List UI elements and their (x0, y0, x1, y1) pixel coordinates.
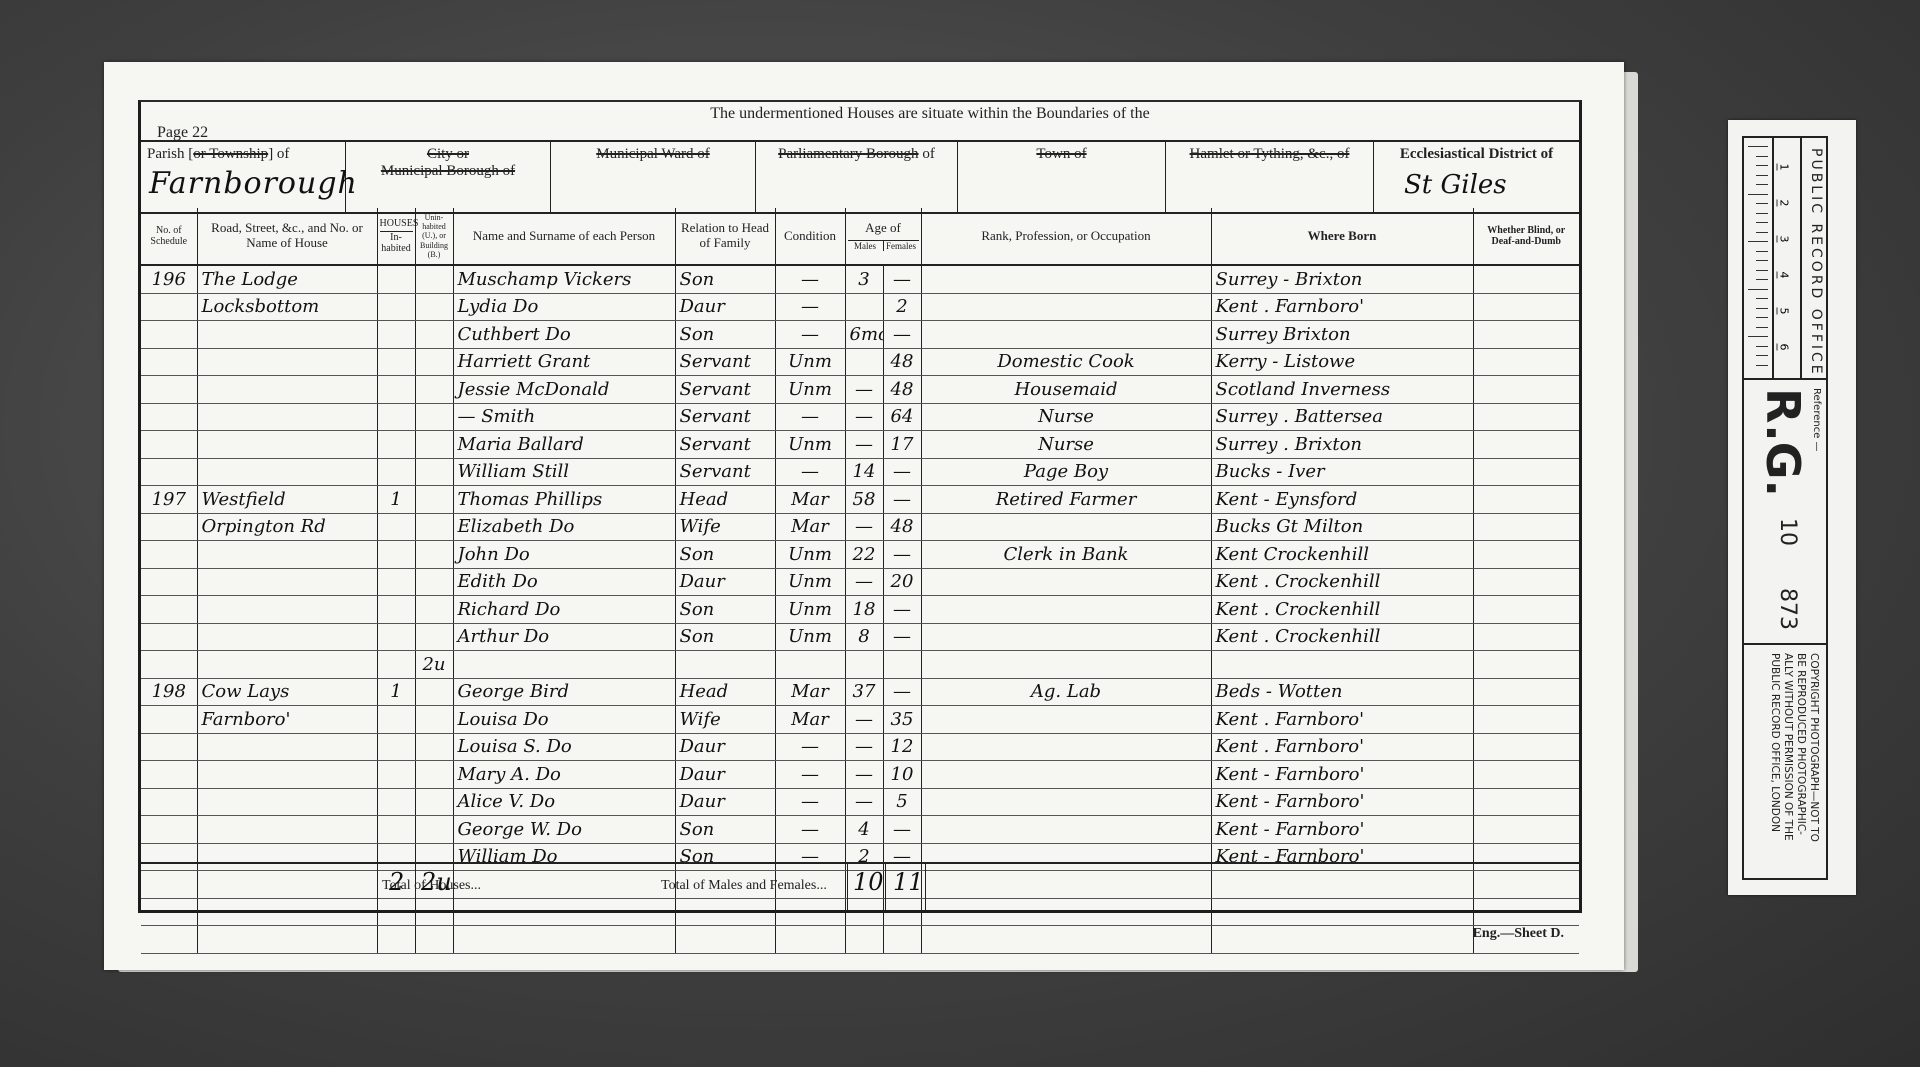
condition-cell (775, 926, 845, 954)
occupation-cell: Page Boy (921, 458, 1211, 486)
uninhabited-cell (415, 678, 453, 706)
female-age-cell: — (883, 458, 921, 486)
road-cell (197, 733, 377, 761)
female-age-cell: 5 (883, 788, 921, 816)
occupation-cell (921, 733, 1211, 761)
name-cell: Arthur Do (453, 623, 675, 651)
condition-cell: Mar (775, 513, 845, 541)
ruler-tick (1756, 346, 1768, 347)
female-age-cell (883, 926, 921, 954)
birthplace-cell: Kent - Farnboro' (1211, 761, 1473, 789)
relation-cell: Servant (675, 431, 775, 459)
table-row: Maria BallardServantUnm—17NurseSurrey . … (141, 431, 1579, 459)
road-cell (197, 623, 377, 651)
table-row: 197Westfield1Thomas PhillipsHeadMar58—Re… (141, 486, 1579, 514)
record-series: 10 (1775, 518, 1800, 546)
relation-cell: Daur (675, 293, 775, 321)
relation-cell: Son (675, 265, 775, 293)
uninhabited-cell (415, 348, 453, 376)
name-cell: Thomas Phillips (453, 486, 675, 514)
infirmity-cell (1473, 541, 1579, 569)
parish-value: Farnborough (149, 166, 358, 201)
infirmity-cell (1473, 513, 1579, 541)
relation-cell: Daur (675, 568, 775, 596)
schedule-cell: 196 (141, 265, 197, 293)
name-cell: Harriett Grant (453, 348, 675, 376)
female-age-cell: — (883, 321, 921, 349)
age-label: Age of (848, 221, 919, 241)
col-name: Name and Surname of each Person (453, 208, 675, 265)
condition-cell: Unm (775, 541, 845, 569)
male-age-cell: 6mo (845, 321, 883, 349)
name-cell: John Do (453, 541, 675, 569)
inhabited-cell (377, 623, 415, 651)
road-cell (197, 541, 377, 569)
total-persons-label: Total of Males and Females... (661, 878, 827, 894)
occupation-cell (921, 513, 1211, 541)
male-age-cell: — (845, 403, 883, 431)
ruler-tick (1756, 165, 1768, 166)
col-inhabited: HOUSESIn-habited (377, 208, 415, 265)
name-cell: William Still (453, 458, 675, 486)
relation-cell: Son (675, 596, 775, 624)
road-cell: Orpington Rd (197, 513, 377, 541)
female-age-cell: 35 (883, 706, 921, 734)
male-age-cell: 37 (845, 678, 883, 706)
ruler-numbers: 123456 (1772, 138, 1802, 378)
col-schedule: No. of Schedule (141, 208, 197, 265)
occupation-cell: Nurse (921, 431, 1211, 459)
inhabited-cell (377, 816, 415, 844)
schedule-cell (141, 458, 197, 486)
occupation-cell (921, 761, 1211, 789)
col-age: Age ofMalesFemales (845, 208, 921, 265)
birthplace-cell: Kent . Farnboro' (1211, 293, 1473, 321)
ruler-tick (1756, 251, 1768, 252)
ruler-tick (1756, 365, 1768, 366)
condition-cell: Mar (775, 678, 845, 706)
road-cell (197, 788, 377, 816)
ruler-tick (1756, 184, 1768, 185)
col-where-born: Where Born (1211, 208, 1473, 265)
male-age-cell: — (845, 568, 883, 596)
ruler-tick (1756, 222, 1768, 223)
occupation-cell (921, 623, 1211, 651)
table-row: Mary A. DoDaur——10Kent - Farnboro' (141, 761, 1579, 789)
infirmity-cell (1473, 403, 1579, 431)
relation-cell: Son (675, 541, 775, 569)
road-cell (197, 761, 377, 789)
female-age-cell: 20 (883, 568, 921, 596)
inhabited-cell (377, 596, 415, 624)
inhabited-cell (377, 568, 415, 596)
ruler-tick (1756, 213, 1768, 214)
occupation-cell: Ag. Lab (921, 678, 1211, 706)
uninhabited-cell (415, 623, 453, 651)
schedule-cell (141, 541, 197, 569)
ruler-tick (1756, 232, 1768, 233)
name-cell: Lydia Do (453, 293, 675, 321)
female-age-cell: — (883, 265, 921, 293)
parish-struck-label: or Township (193, 146, 268, 162)
inhabited-cell (377, 513, 415, 541)
ruler-tick (1756, 270, 1768, 271)
birthplace-cell: Surrey Brixton (1211, 321, 1473, 349)
birthplace-cell: Kent Crockenhill (1211, 541, 1473, 569)
relation-cell: Head (675, 678, 775, 706)
ruler-tick (1756, 175, 1768, 176)
male-age-cell: — (845, 376, 883, 404)
ward-label: Municipal Ward of (596, 146, 710, 162)
schedule-cell: 197 (141, 486, 197, 514)
uninhabited-cell (415, 513, 453, 541)
male-age-cell: 14 (845, 458, 883, 486)
total-males: 10 (853, 868, 884, 896)
schedule-cell (141, 788, 197, 816)
table-row: Richard DoSonUnm18—Kent . Crockenhill (141, 596, 1579, 624)
condition-cell: Mar (775, 706, 845, 734)
schedule-cell (141, 403, 197, 431)
ruler-tick (1748, 289, 1768, 290)
name-cell: Richard Do (453, 596, 675, 624)
census-page: The undermentioned Houses are situate wi… (104, 62, 1624, 970)
infirmity-cell (1473, 265, 1579, 293)
inhabited-cell (377, 348, 415, 376)
ruler-tick (1756, 156, 1768, 157)
infirmity-cell (1473, 321, 1579, 349)
ruler-tick (1748, 241, 1768, 242)
male-age-cell: 58 (845, 486, 883, 514)
name-cell: George Bird (453, 678, 675, 706)
inhabited-cell (377, 403, 415, 431)
female-age-cell: — (883, 596, 921, 624)
condition-cell: Unm (775, 348, 845, 376)
inhabited-label: In-habited (380, 232, 413, 255)
municipal-borough-label: Municipal Borough of (346, 163, 550, 180)
table-row: Orpington RdElizabeth DoWifeMar—48Bucks … (141, 513, 1579, 541)
infirmity-cell (1473, 623, 1579, 651)
male-age-cell (845, 348, 883, 376)
female-age-cell: 17 (883, 431, 921, 459)
inhabited-cell (377, 761, 415, 789)
female-age-cell: 64 (883, 403, 921, 431)
census-table: No. of Schedule Road, Street, &c., and N… (141, 208, 1579, 954)
road-cell (197, 651, 377, 679)
occupation-cell (921, 568, 1211, 596)
occupation-cell (921, 816, 1211, 844)
divider (377, 864, 378, 910)
ruler-tick (1748, 146, 1768, 147)
parish-label: Parish [ (147, 146, 193, 162)
male-age-cell: — (845, 706, 883, 734)
male-age-cell: 22 (845, 541, 883, 569)
infirmity-cell (1473, 568, 1579, 596)
infirmity-cell (1473, 596, 1579, 624)
condition-cell: Unm (775, 623, 845, 651)
column-header-row: No. of Schedule Road, Street, &c., and N… (141, 208, 1579, 265)
schedule-cell (141, 513, 197, 541)
male-age-cell (845, 926, 883, 954)
name-cell: — Smith (453, 403, 675, 431)
ecclesiastical-label: Ecclesiastical District of (1400, 146, 1553, 162)
relation-cell: Head (675, 486, 775, 514)
female-age-cell: — (883, 678, 921, 706)
birthplace-cell: Beds - Wotten (1211, 678, 1473, 706)
ecclesiastical-value: St Giles (1404, 170, 1507, 200)
table-row: Jessie McDonaldServantUnm—48HousemaidSco… (141, 376, 1579, 404)
col-occupation: Rank, Profession, or Occupation (921, 208, 1211, 265)
infirmity-cell (1473, 733, 1579, 761)
ward-cell: Municipal Ward of (551, 142, 756, 212)
ruler-tick (1756, 203, 1768, 204)
name-cell: Jessie McDonald (453, 376, 675, 404)
infirmity-cell (1473, 678, 1579, 706)
birthplace-cell: Kent - Farnboro' (1211, 788, 1473, 816)
name-cell: Louisa S. Do (453, 733, 675, 761)
relation-cell: Wife (675, 706, 775, 734)
relation-cell (675, 926, 775, 954)
occupation-cell (921, 788, 1211, 816)
infirmity-cell (1473, 761, 1579, 789)
inhabited-cell (377, 651, 415, 679)
uninhabited-cell (415, 293, 453, 321)
schedule-cell (141, 706, 197, 734)
infirmity-cell (1473, 348, 1579, 376)
male-age-cell: — (845, 788, 883, 816)
infirmity-cell (1473, 706, 1579, 734)
condition-cell: — (775, 403, 845, 431)
ruler-number: 6 (1777, 344, 1791, 351)
schedule-cell (141, 431, 197, 459)
birthplace-cell: Kent . Farnboro' (1211, 706, 1473, 734)
occupation-cell (921, 321, 1211, 349)
infirmity-cell (1473, 816, 1579, 844)
relation-cell: Daur (675, 733, 775, 761)
uninhabited-cell (415, 596, 453, 624)
infirmity-cell (1473, 486, 1579, 514)
female-age-cell: — (883, 816, 921, 844)
col-condition: Condition (775, 208, 845, 265)
col-relation: Relation to Head of Family (675, 208, 775, 265)
table-row: John DoSonUnm22—Clerk in BankKent Crocke… (141, 541, 1579, 569)
ruler-number: 1 (1777, 164, 1791, 171)
birthplace-cell: Scotland Inverness (1211, 376, 1473, 404)
inhabited-cell: 1 (377, 678, 415, 706)
relation-cell: Servant (675, 403, 775, 431)
table-row: LocksbottomLydia DoDaur—2Kent . Farnboro… (141, 293, 1579, 321)
males-label: Males (848, 241, 884, 251)
relation-cell: Son (675, 623, 775, 651)
ruler-tick (1756, 298, 1768, 299)
ruler-tick (1748, 336, 1768, 337)
male-age-cell: — (845, 431, 883, 459)
parliamentary-cell: Parliamentary Borough of (756, 142, 958, 212)
census-form: The undermentioned Houses are situate wi… (138, 100, 1582, 913)
relation-cell: Son (675, 321, 775, 349)
inhabited-cell (377, 788, 415, 816)
table-row: 196The LodgeMuschamp VickersSon—3—Surrey… (141, 265, 1579, 293)
occupation-cell (921, 596, 1211, 624)
relation-cell (675, 651, 775, 679)
col-blind-deaf: Whether Blind, or Deaf-and-Dumb (1473, 208, 1579, 265)
occupation-cell (921, 706, 1211, 734)
condition-cell: — (775, 733, 845, 761)
condition-cell: — (775, 761, 845, 789)
name-cell: Louisa Do (453, 706, 675, 734)
name-cell: George W. Do (453, 816, 675, 844)
condition-cell: — (775, 293, 845, 321)
schedule-cell (141, 568, 197, 596)
boundaries-row: Parish [or Township] of Farnborough City… (141, 140, 1579, 214)
occupation-cell (921, 651, 1211, 679)
parliamentary-label: Parliamentary Borough (778, 146, 918, 162)
females-label: Females (884, 241, 919, 251)
male-age-cell: — (845, 733, 883, 761)
table-row: Cuthbert DoSon—6mo—Surrey Brixton (141, 321, 1579, 349)
female-age-cell: 12 (883, 733, 921, 761)
condition-cell: — (775, 321, 845, 349)
schedule-cell (141, 651, 197, 679)
sheet-identifier: Eng.—Sheet D. (1473, 926, 1564, 942)
road-cell (197, 458, 377, 486)
occupation-cell: Retired Farmer (921, 486, 1211, 514)
ruler-tick (1756, 308, 1768, 309)
name-cell: Alice V. Do (453, 788, 675, 816)
copyright-box: COPYRIGHT PHOTOGRAPH—NOT TO BE REPRODUCE… (1744, 643, 1826, 878)
male-age-cell: — (845, 513, 883, 541)
col-uninhabited: Unin-habited (U.), or Building (B.) (415, 208, 453, 265)
occupation-cell: Nurse (921, 403, 1211, 431)
table-row: George W. DoSon—4—Kent - Farnboro' (141, 816, 1579, 844)
occupation-cell (921, 265, 1211, 293)
inhabited-cell (377, 431, 415, 459)
uninhabited-cell (415, 376, 453, 404)
inhabited-cell (377, 458, 415, 486)
female-age-cell: — (883, 623, 921, 651)
schedule-cell (141, 761, 197, 789)
table-row: 2u (141, 651, 1579, 679)
city-cell: City or Municipal Borough of (346, 142, 551, 212)
total-houses-uninhabited: 2u (421, 868, 452, 896)
uninhabited-cell (415, 761, 453, 789)
stamp-frame: 123456 PUBLIC RECORD OFFICE Reference — … (1742, 136, 1828, 880)
road-cell: The Lodge (197, 265, 377, 293)
name-cell (453, 651, 675, 679)
uninhabited-cell (415, 706, 453, 734)
table-row: Farnboro'Louisa DoWifeMar—35Kent . Farnb… (141, 706, 1579, 734)
road-cell (197, 926, 377, 954)
road-cell (197, 348, 377, 376)
divider (925, 864, 926, 910)
male-age-cell: 4 (845, 816, 883, 844)
uninhabited-cell (415, 458, 453, 486)
birthplace-cell: Kerry - Listowe (1211, 348, 1473, 376)
birthplace-cell: Kent - Farnboro' (1211, 816, 1473, 844)
parish-label-suffix: ] of (268, 146, 289, 162)
col-road: Road, Street, &c., and No. or Name of Ho… (197, 208, 377, 265)
houses-label: HOUSES (380, 217, 413, 232)
table-row: Louisa S. DoDaur——12Kent . Farnboro' (141, 733, 1579, 761)
birthplace-cell: Kent . Crockenhill (1211, 623, 1473, 651)
name-cell: Elizabeth Do (453, 513, 675, 541)
schedule-cell (141, 376, 197, 404)
ecclesiastical-cell: Ecclesiastical District of St Giles (1374, 142, 1579, 212)
infirmity-cell (1473, 431, 1579, 459)
condition-cell: Unm (775, 568, 845, 596)
birthplace-cell: Bucks Gt Milton (1211, 513, 1473, 541)
relation-cell: Daur (675, 761, 775, 789)
name-cell: Cuthbert Do (453, 321, 675, 349)
ruler-number: 3 (1777, 236, 1791, 243)
male-age-cell: 8 (845, 623, 883, 651)
inhabited-cell (377, 376, 415, 404)
divider (847, 864, 848, 910)
ruler-tick (1748, 194, 1768, 195)
uninhabited-cell (415, 403, 453, 431)
infirmity-cell (1473, 651, 1579, 679)
male-age-cell: 18 (845, 596, 883, 624)
condition-cell: Unm (775, 376, 845, 404)
scale-ruler: 123456 PUBLIC RECORD OFFICE (1744, 138, 1826, 380)
schedule-cell (141, 926, 197, 954)
uninhabited-cell (415, 486, 453, 514)
ruler-tick (1756, 260, 1768, 261)
condition-cell: — (775, 265, 845, 293)
condition-cell: — (775, 816, 845, 844)
record-class: R.G. (1756, 388, 1810, 497)
uninhabited-cell (415, 926, 453, 954)
birthplace-cell: Kent . Farnboro' (1211, 733, 1473, 761)
road-cell: Cow Lays (197, 678, 377, 706)
relation-cell: Daur (675, 788, 775, 816)
birthplace-cell: Surrey - Brixton (1211, 265, 1473, 293)
road-cell (197, 376, 377, 404)
road-cell (197, 321, 377, 349)
road-cell: Locksbottom (197, 293, 377, 321)
female-age-cell: 48 (883, 348, 921, 376)
reference-label: Reference — (1811, 388, 1822, 452)
ruler-number: 4 (1777, 272, 1791, 279)
condition-cell: — (775, 788, 845, 816)
inhabited-cell (377, 321, 415, 349)
name-cell: Edith Do (453, 568, 675, 596)
divider (453, 864, 454, 910)
ruler-number: 5 (1777, 308, 1791, 315)
name-cell: Mary A. Do (453, 761, 675, 789)
male-age-cell: — (845, 761, 883, 789)
male-age-cell: 3 (845, 265, 883, 293)
divider (885, 864, 886, 910)
birthplace-cell (1211, 651, 1473, 679)
ruler-tick (1756, 279, 1768, 280)
public-record-office-stamp: 123456 PUBLIC RECORD OFFICE Reference — … (1728, 120, 1856, 895)
total-houses-inhabited: 2 (389, 868, 404, 896)
ruler-number: 2 (1777, 200, 1791, 207)
inhabited-cell (377, 293, 415, 321)
relation-cell: Servant (675, 348, 775, 376)
birthplace-cell: Surrey . Brixton (1211, 431, 1473, 459)
table-row: Arthur DoSonUnm8—Kent . Crockenhill (141, 623, 1579, 651)
uninhabited-cell (415, 321, 453, 349)
condition-cell: Mar (775, 486, 845, 514)
schedule-cell (141, 816, 197, 844)
road-cell (197, 596, 377, 624)
occupation-cell (921, 293, 1211, 321)
uninhabited-cell (415, 265, 453, 293)
inhabited-cell (377, 733, 415, 761)
table-row: Harriett GrantServantUnm48Domestic CookK… (141, 348, 1579, 376)
male-age-cell (845, 293, 883, 321)
